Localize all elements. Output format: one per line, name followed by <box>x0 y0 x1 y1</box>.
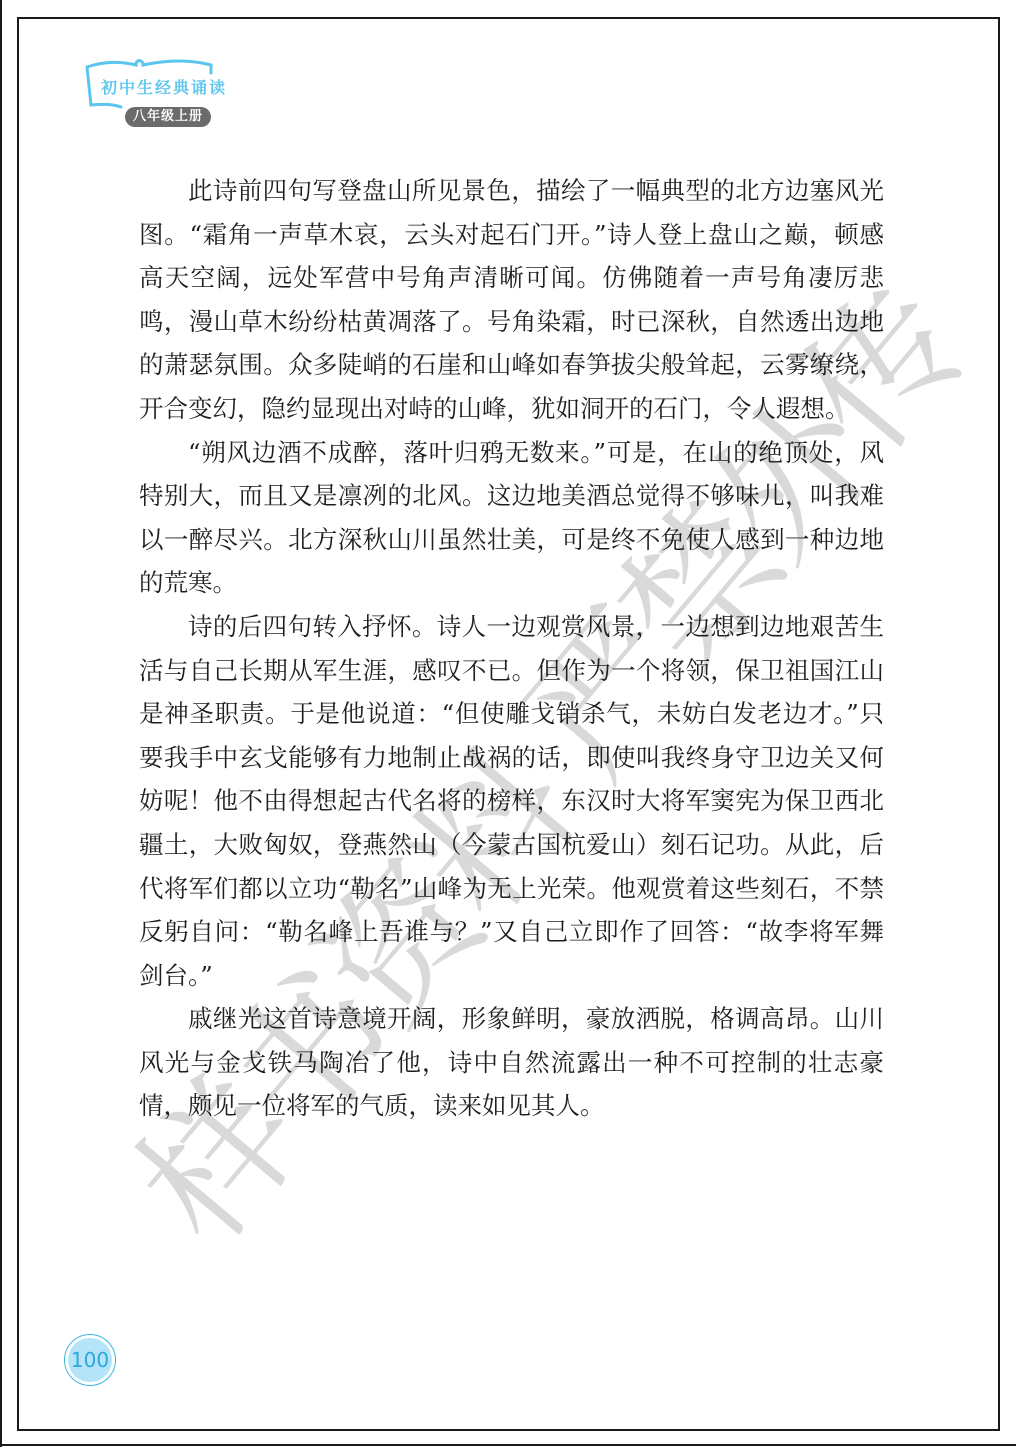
paragraph: 诗的后四句转入抒怀。诗人一边观赏风景，一边想到边地艰苦生活与自己长期从军生涯，感… <box>139 605 884 997</box>
article-body: 此诗前四句写登盘山所见景色，描绘了一幅典型的北方边塞风光图。“霜角一声草木哀，云… <box>139 169 884 1128</box>
paragraph: 此诗前四句写登盘山所见景色，描绘了一幅典型的北方边塞风光图。“霜角一声草木哀，云… <box>139 169 884 431</box>
grade-badge: 八年级上册 <box>125 107 211 127</box>
outer-border-bottom <box>0 1444 1016 1446</box>
page-number: 100 <box>68 1338 112 1382</box>
paragraph: 戚继光这首诗意境开阔，形象鲜明，豪放洒脱，格调高昂。山川风光与金戈铁马陶冶了他，… <box>139 997 884 1128</box>
page-number-badge: 100 <box>64 1334 116 1386</box>
book-page: 初中生经典诵读 八年级上册 此诗前四句写登盘山所见景色，描绘了一幅典型的北方边塞… <box>17 17 1000 1431</box>
outer-border-left <box>0 0 2 1447</box>
series-title: 初中生经典诵读 <box>101 75 227 98</box>
series-logo: 初中生经典诵读 八年级上册 <box>81 53 281 133</box>
paragraph: “朔风边酒不成醉，落叶归鸦无数来。”可是，在山的绝顶处，风特别大，而且又是凛冽的… <box>139 431 884 605</box>
